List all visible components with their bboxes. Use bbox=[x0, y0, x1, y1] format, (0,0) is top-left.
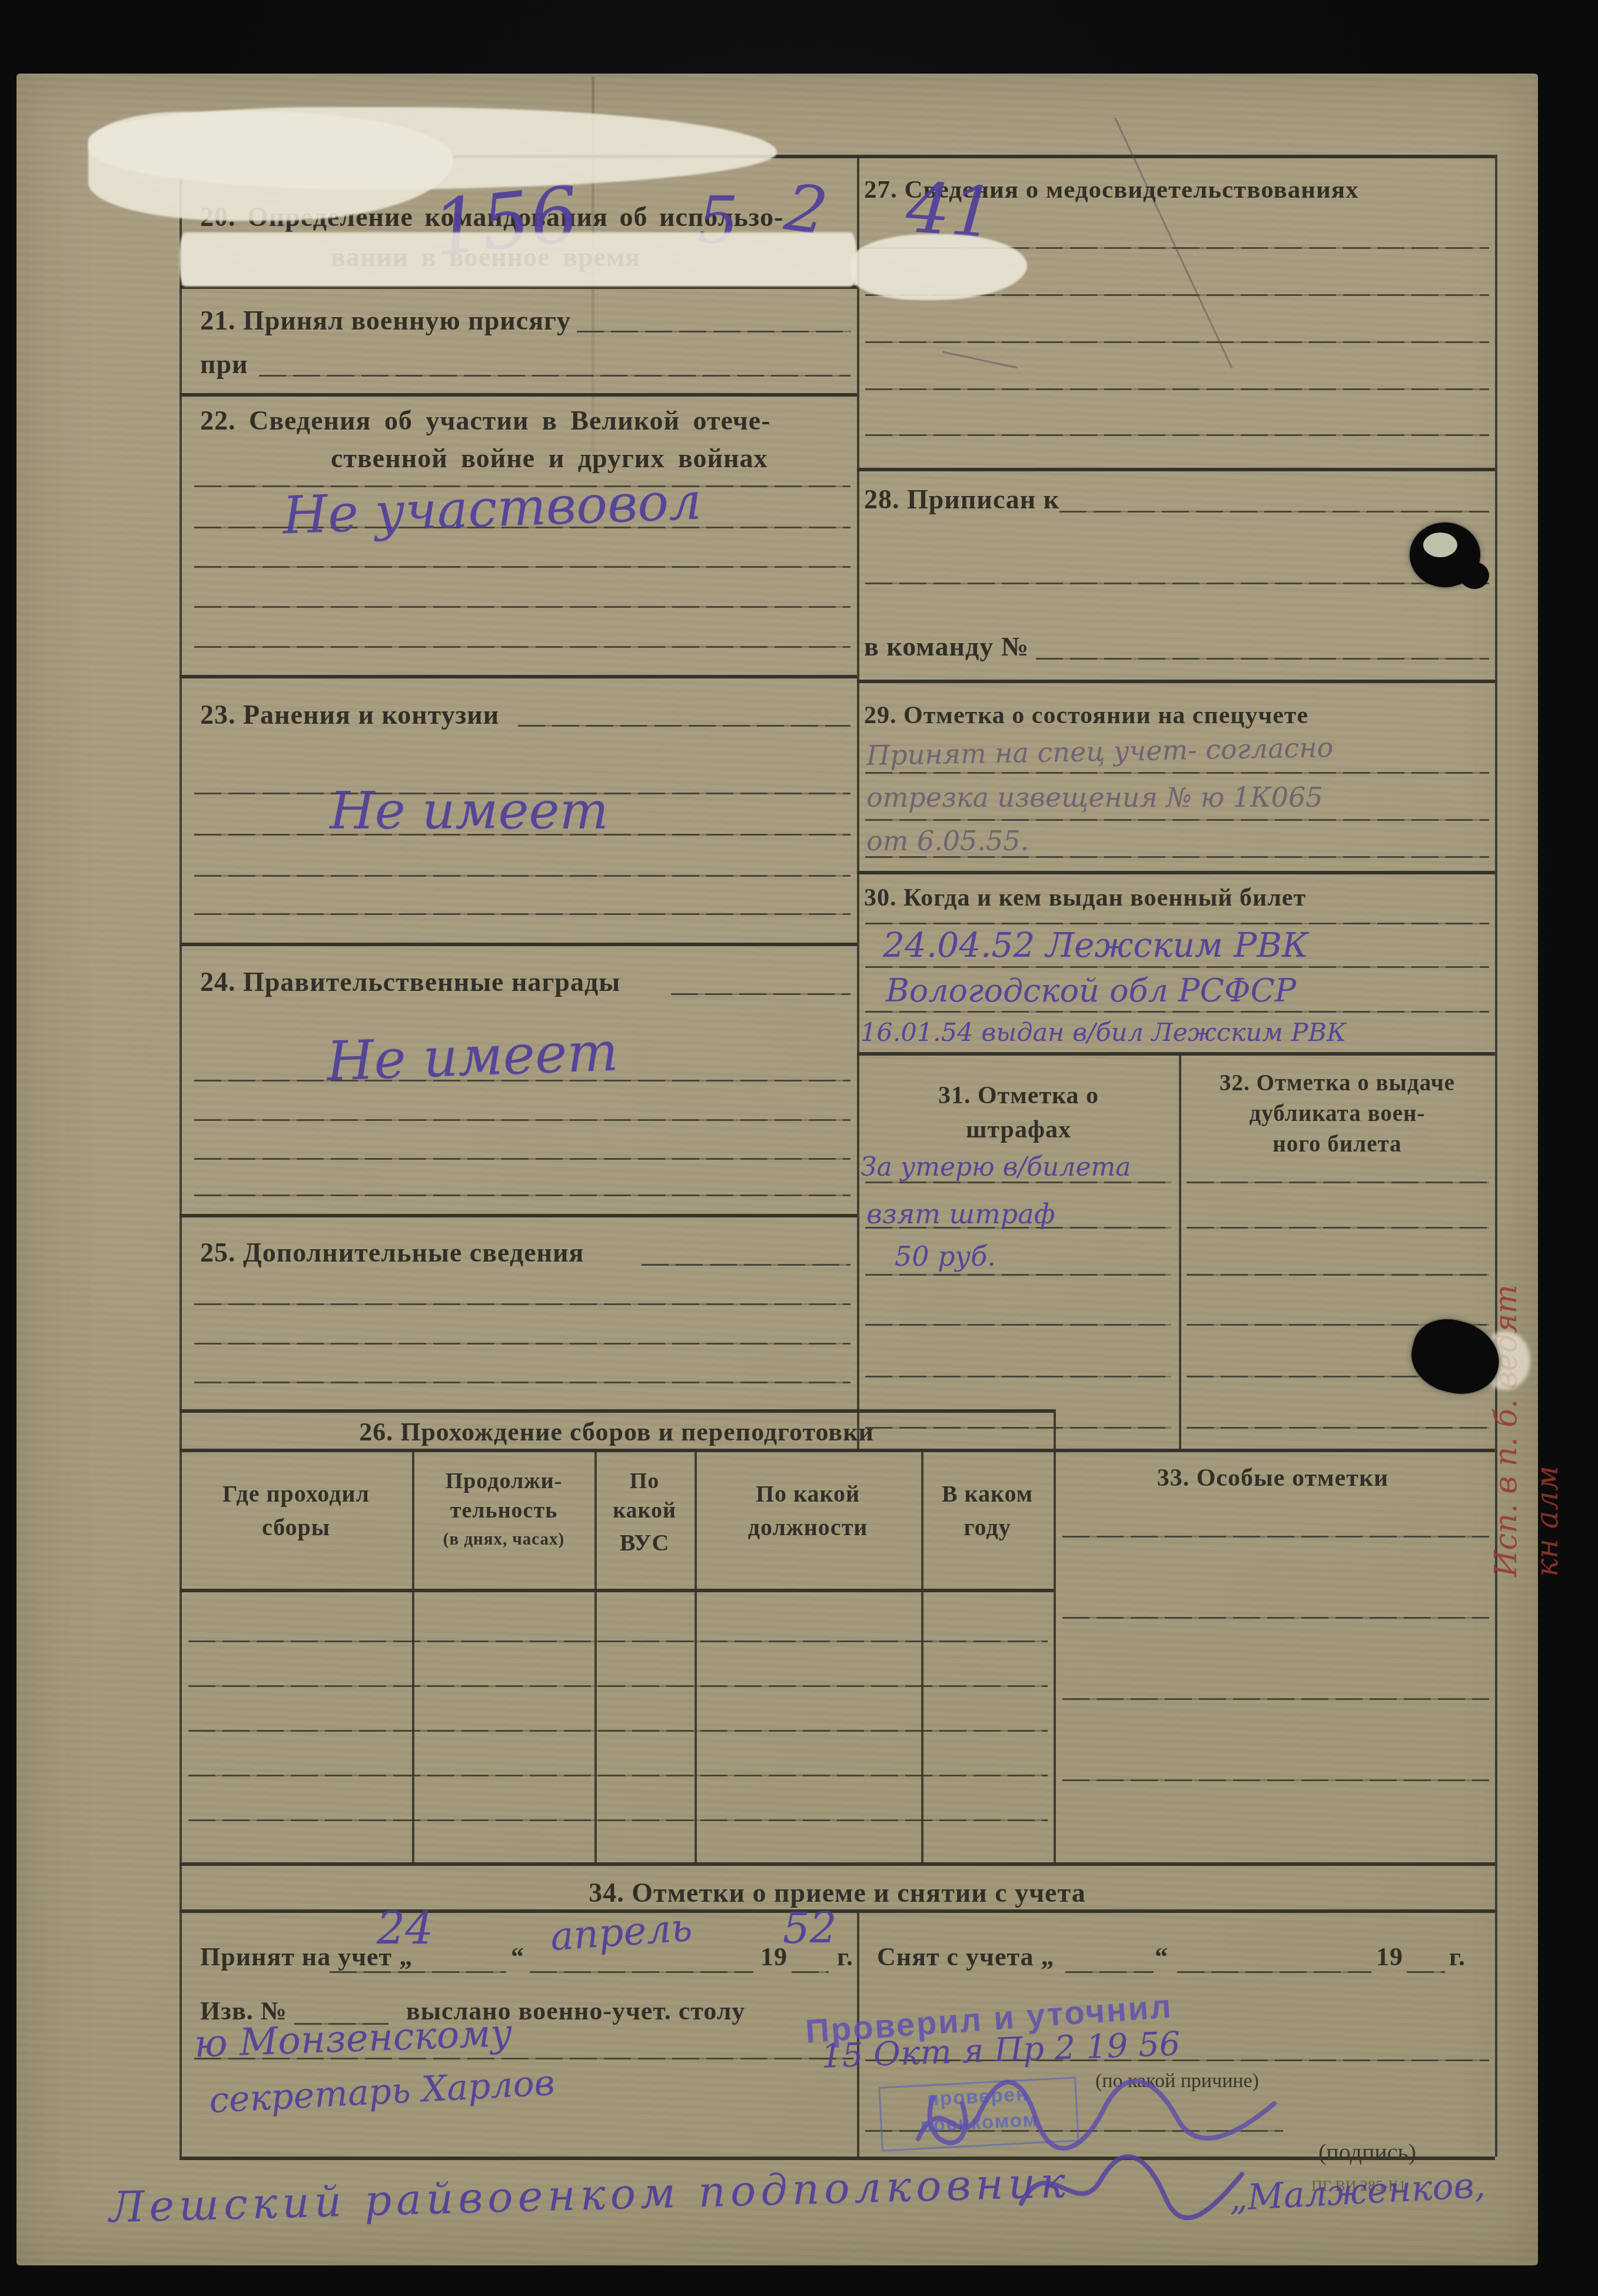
rule bbox=[194, 1119, 851, 1121]
section-24-title: 24. Правительственные награды bbox=[200, 966, 620, 997]
col-vus-line1: По bbox=[598, 1468, 691, 1494]
rule bbox=[1062, 1536, 1489, 1538]
rule bbox=[518, 725, 851, 727]
rule bbox=[857, 1052, 1495, 1056]
rule bbox=[194, 1158, 851, 1160]
vertical-rule bbox=[412, 1449, 414, 1862]
rule bbox=[180, 1409, 1054, 1413]
rule bbox=[865, 1376, 1171, 1377]
rule bbox=[1407, 1971, 1445, 1973]
hw-fine-line3: 50 руб. bbox=[895, 1240, 996, 1272]
section-21-title: 21. Принял военную присягу bbox=[200, 305, 571, 336]
col-duration-line2: тельность bbox=[417, 1498, 591, 1523]
section-31-title-line2: штрафах bbox=[864, 1116, 1173, 1144]
rule bbox=[180, 943, 857, 946]
rule bbox=[1065, 1971, 1154, 1973]
rule bbox=[1187, 1274, 1489, 1276]
rule bbox=[188, 1730, 1048, 1732]
section-32-title-line1: 32. Отметка о выдаче bbox=[1188, 1070, 1487, 1096]
rule bbox=[188, 1819, 1048, 1821]
rule bbox=[194, 875, 851, 877]
rule bbox=[865, 966, 1489, 968]
vertical-rule bbox=[180, 155, 182, 2157]
section-31-title-line1: 31. Отметка о bbox=[864, 1082, 1173, 1110]
col-duration-line3: (в днях, часах) bbox=[417, 1530, 591, 1549]
rule bbox=[180, 1862, 1495, 1866]
removed-year-19: 19 bbox=[1376, 1942, 1403, 1972]
rule bbox=[865, 583, 1489, 584]
col-duration-line1: Продолжи- bbox=[417, 1468, 591, 1494]
section-28-team-label: в команду № bbox=[864, 631, 1029, 662]
rule bbox=[180, 393, 857, 397]
section-21-pri-label: при bbox=[200, 348, 248, 380]
removed-year-g: г. bbox=[1449, 1942, 1466, 1972]
hole-top-right-highlight bbox=[1423, 533, 1457, 557]
hw-taken-day: 24 bbox=[377, 1902, 434, 1954]
section-26-title: 26. Прохождение сборов и переподготовки bbox=[180, 1417, 1054, 1447]
rule bbox=[642, 1264, 851, 1266]
rule bbox=[194, 1343, 851, 1345]
signature-footer-scribble bbox=[1012, 2145, 1248, 2227]
scanned-military-card: 20. Определение командования об использо… bbox=[0, 0, 1598, 2296]
hw-specreg-line3: от 6.05.55. bbox=[866, 825, 1029, 857]
hw-taken-year: 52 bbox=[783, 1904, 837, 1953]
rule bbox=[194, 1303, 851, 1305]
rule bbox=[865, 434, 1489, 436]
rule bbox=[671, 993, 851, 995]
paper-card bbox=[16, 74, 1538, 2265]
red-margin-line2: кн алм bbox=[1527, 1089, 1568, 1577]
tape-strip-section20 bbox=[180, 232, 856, 287]
rule bbox=[865, 819, 1489, 821]
rule bbox=[865, 1324, 1171, 1326]
hw-ticket-issued-line3: 16.01.54 выдан в/бил Лежским РВК bbox=[861, 1018, 1346, 1047]
hw-ticket-issued-line2: Вологодской обл РСФСР bbox=[886, 972, 1296, 1009]
rule bbox=[1059, 511, 1489, 513]
rule bbox=[188, 1775, 1048, 1776]
section-25-title: 25. Дополнительные сведения bbox=[200, 1237, 584, 1268]
taken-quote: “ bbox=[511, 1942, 524, 1972]
rule bbox=[865, 772, 1489, 774]
vertical-rule bbox=[921, 1449, 923, 1862]
rule bbox=[1187, 1227, 1489, 1229]
hw-ticket-issued-line1: 24.04.52 Лежским РВК bbox=[883, 925, 1308, 965]
rule bbox=[259, 375, 851, 377]
section-32-title-line3: ного билета bbox=[1188, 1131, 1487, 1157]
rule bbox=[188, 1685, 1048, 1687]
rule bbox=[180, 1449, 1495, 1452]
col-year-line1: В каком bbox=[925, 1480, 1050, 1508]
vertical-rule bbox=[594, 1449, 597, 1862]
rule bbox=[1062, 1779, 1489, 1781]
rule bbox=[194, 1194, 851, 1196]
rule bbox=[180, 2157, 1495, 2160]
section-29-title: 29. Отметка о состоянии на спецучете bbox=[864, 701, 1308, 730]
rule bbox=[1177, 1971, 1371, 1973]
section-33-title: 33. Особые отметки bbox=[1059, 1464, 1486, 1492]
rule bbox=[1187, 1182, 1489, 1183]
section-30-title: 30. Когда и кем выдан военный билет bbox=[864, 884, 1306, 912]
rule bbox=[857, 680, 1495, 683]
section-32-title-line2: дубликата воен- bbox=[1188, 1100, 1487, 1127]
rule bbox=[865, 341, 1489, 343]
rule bbox=[180, 675, 857, 678]
rule bbox=[792, 1971, 829, 1973]
hw-specreg-line2: отрезка извещения № ю 1К065 bbox=[866, 781, 1323, 813]
rule bbox=[194, 566, 851, 568]
vertical-rule bbox=[1179, 1052, 1181, 1449]
rule bbox=[530, 1971, 753, 1973]
rule bbox=[194, 606, 851, 608]
section-22-title-line2: ственной войне и других войнах bbox=[331, 442, 768, 474]
col-where-line2: сборы bbox=[187, 1513, 405, 1541]
vertical-rule bbox=[695, 1449, 697, 1862]
rule bbox=[1062, 1617, 1489, 1619]
vertical-rule bbox=[857, 155, 859, 1449]
rule bbox=[1062, 1698, 1489, 1700]
section-22-title-line1: 22. Сведения об участии в Великой отече- bbox=[200, 405, 771, 436]
rule bbox=[865, 923, 1489, 924]
rule bbox=[194, 1382, 851, 1383]
removed-quote: “ bbox=[1155, 1942, 1168, 1972]
rule bbox=[180, 1214, 857, 1217]
col-vus-line3: ВУС bbox=[598, 1529, 691, 1556]
rule bbox=[865, 1274, 1171, 1276]
rule bbox=[1036, 658, 1489, 660]
col-where-line1: Где проходил bbox=[187, 1480, 405, 1508]
rule bbox=[577, 331, 851, 332]
hw-no-awards: Не имеет bbox=[325, 1020, 619, 1093]
rule bbox=[857, 871, 1495, 874]
section-28-title: 28. Приписан к bbox=[864, 484, 1059, 515]
col-vus-line2: какой bbox=[598, 1498, 691, 1523]
rule bbox=[865, 388, 1489, 390]
rule bbox=[194, 646, 851, 648]
hw-fine-line2: взят штраф bbox=[866, 1198, 1055, 1230]
removed-label: Снят с учета „ bbox=[877, 1942, 1055, 1972]
taken-year-g: г. bbox=[837, 1942, 853, 1972]
rule bbox=[865, 1011, 1489, 1013]
col-position-line1: По какой bbox=[698, 1480, 918, 1508]
vertical-rule bbox=[1054, 1409, 1056, 1862]
rule bbox=[857, 468, 1495, 471]
hw-no-wounds: Не имеет bbox=[330, 780, 609, 841]
hole-top-right-tail bbox=[1460, 562, 1489, 589]
col-position-line2: должности bbox=[698, 1513, 918, 1541]
col-year-line2: году bbox=[925, 1513, 1050, 1541]
rule bbox=[1187, 1427, 1489, 1429]
hw-fine-line1: За утерю в/билета bbox=[861, 1152, 1131, 1182]
rule bbox=[188, 1641, 1048, 1642]
rule bbox=[194, 913, 851, 915]
signature-caption: (подпись) bbox=[1318, 2138, 1416, 2166]
section-23-title: 23. Ранения и контузии bbox=[200, 699, 499, 730]
